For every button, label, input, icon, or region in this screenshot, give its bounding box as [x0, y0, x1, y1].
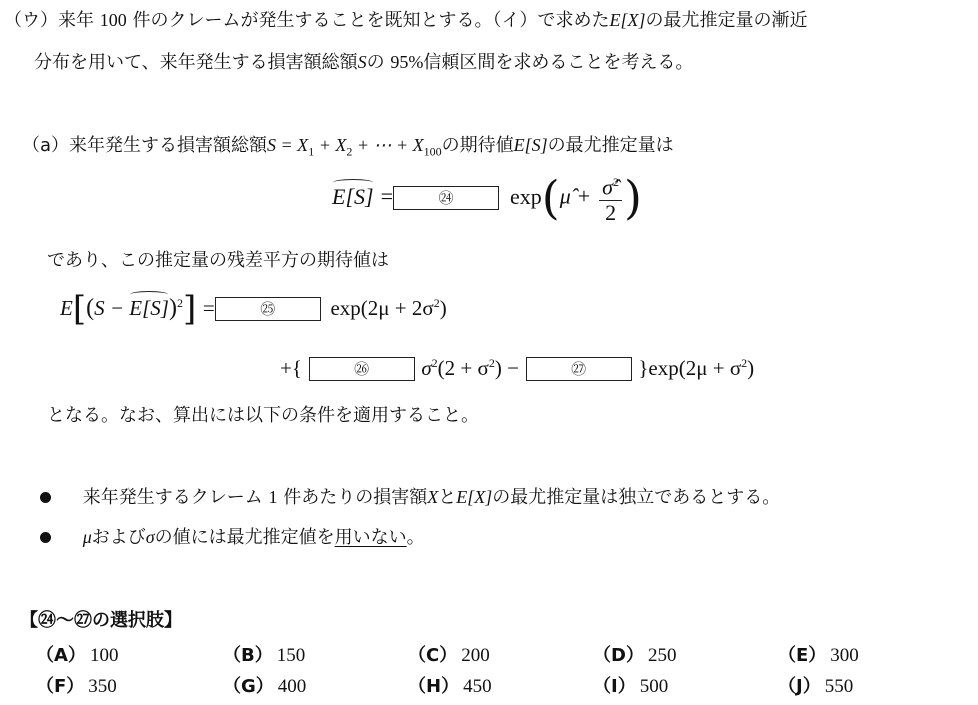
choice-j[interactable]: （J）550 [778, 672, 853, 698]
question-line-2: 分布を用いて、来年発生する損害額総額Sの 95%信頼区間を求めることを考える。 [34, 48, 693, 74]
choice-i[interactable]: （I）500 [593, 672, 668, 698]
condition-item-2: μおよびσの値には最尤推定値を用いない。 [40, 523, 425, 549]
equation-residual-square: E[(S − E[S])2] =㉕ exp(2μ + 2σ2) [60, 292, 447, 326]
equation-residual-square-cont: +{ ㉖ σ2(2 + σ2) − ㉗ }exp(2μ + σ2) [280, 356, 754, 381]
estimator-es: E[S] [332, 184, 374, 210]
choice-a[interactable]: （A）100 [36, 641, 118, 667]
bullet-icon [40, 492, 51, 503]
choice-b[interactable]: （B）150 [223, 641, 305, 667]
answer-blank-26[interactable]: ㉖ [309, 357, 415, 381]
text-conditions-intro: となる。なお、算出には以下の条件を適用すること。 [47, 401, 479, 427]
answer-blank-27[interactable]: ㉗ [526, 357, 632, 381]
choice-f[interactable]: （F）350 [36, 672, 117, 698]
fraction-sigma-sq-over-2: σ̂22 [599, 170, 622, 225]
question-line-1: （ウ）来年 100 件のクレームが発生することを既知とする。（イ）で求めたE[X… [4, 6, 807, 32]
choice-e[interactable]: （E）300 [778, 641, 859, 667]
condition-item-1: 来年発生するクレーム 1 件あたりの損害額XとE[X]の最尤推定量は独立であると… [40, 483, 780, 509]
answer-blank-25[interactable]: ㉕ [215, 297, 321, 321]
underlined-text: 用いない [335, 527, 407, 548]
text-residual-intro: であり、この推定量の残差平方の期待値は [47, 246, 389, 272]
choice-d[interactable]: （D）250 [593, 641, 676, 667]
choice-h[interactable]: （H）450 [408, 672, 492, 698]
choice-c[interactable]: （C）200 [408, 641, 490, 667]
sub-question-label: （a） [22, 135, 69, 156]
equation-expected-sum: E[S] =㉔ exp(μ̂ + σ̂22) [332, 170, 642, 225]
math-ex: E[X] [609, 10, 645, 30]
answer-blank-24[interactable]: ㉔ [393, 186, 499, 210]
question-part-label: （ウ） [4, 10, 58, 31]
choices-heading: 【㉔～㉗の選択肢】 [20, 606, 182, 632]
choice-g[interactable]: （G）400 [223, 672, 306, 698]
bullet-icon [40, 532, 51, 543]
sub-question-a-line: （a）来年発生する損害額総額S = X1 + X2 + ⋯ + X100の期待値… [22, 131, 674, 160]
